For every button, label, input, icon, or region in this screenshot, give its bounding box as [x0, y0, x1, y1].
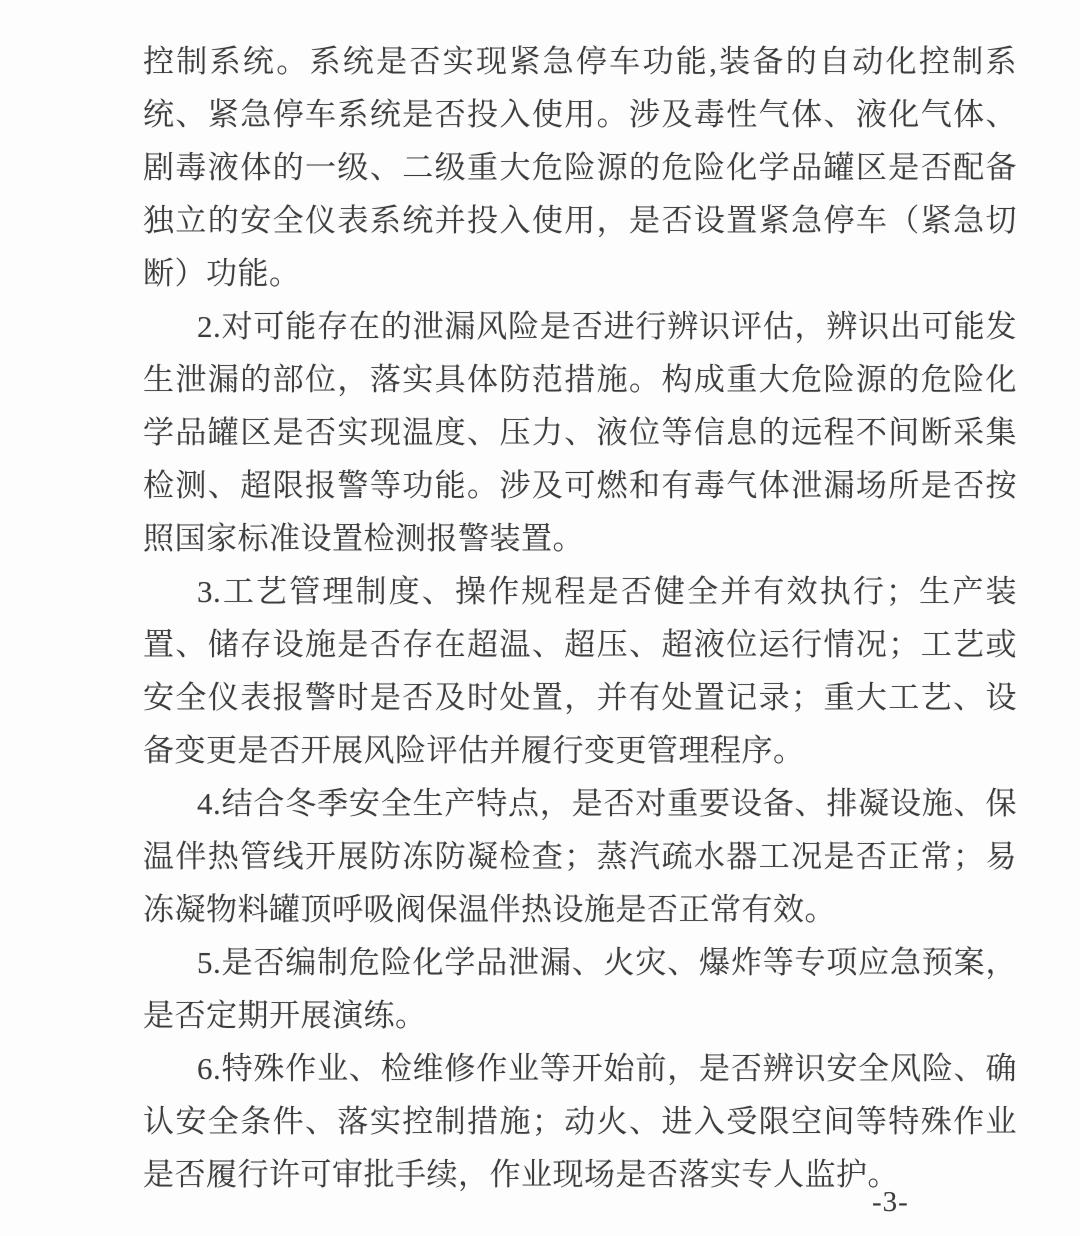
page-number: -3- — [872, 1186, 909, 1219]
paragraph-item-4: 4.结合冬季安全生产特点，是否对重要设备、排凝设施、保温伴热管线开展防冻防凝检查… — [143, 777, 1017, 936]
document-body: 控制系统。系统是否实现紧急停车功能,装备的自动化控制系统、紧急停车系统是否投入使… — [143, 35, 1017, 1201]
paragraph-item-3: 3.工艺管理制度、操作规程是否健全并有效执行；生产装置、储存设施是否存在超温、超… — [143, 565, 1017, 777]
document-page: 控制系统。系统是否实现紧急停车功能,装备的自动化控制系统、紧急停车系统是否投入使… — [0, 0, 1080, 1236]
paragraph-continuation: 控制系统。系统是否实现紧急停车功能,装备的自动化控制系统、紧急停车系统是否投入使… — [143, 35, 1017, 300]
paragraph-item-5: 5.是否编制危险化学品泄漏、火灾、爆炸等专项应急预案，是否定期开展演练。 — [143, 936, 1017, 1042]
paragraph-item-2: 2.对可能存在的泄漏风险是否进行辨识评估，辨识出可能发生泄漏的部位，落实具体防范… — [143, 300, 1017, 565]
paragraph-item-6: 6.特殊作业、检维修作业等开始前，是否辨识安全风险、确认安全条件、落实控制措施；… — [143, 1042, 1017, 1201]
